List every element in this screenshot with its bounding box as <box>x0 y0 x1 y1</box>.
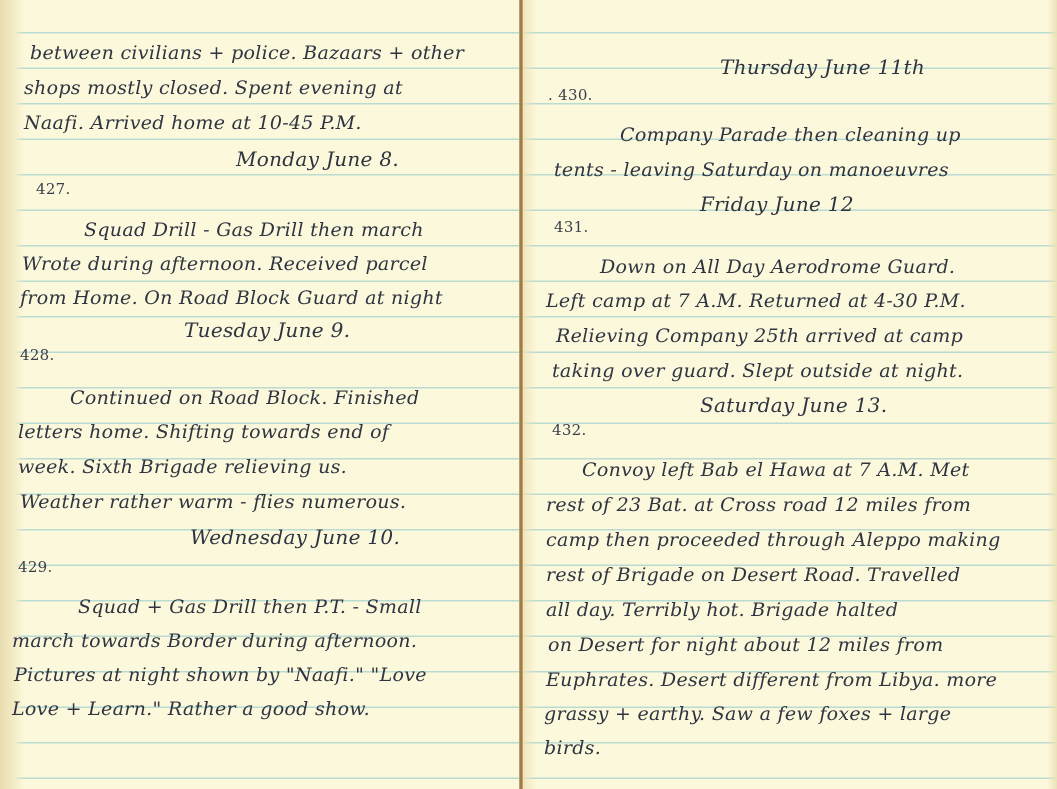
entry-date: Tuesday June 9. <box>184 318 350 342</box>
entry-number: 432. <box>552 421 587 439</box>
entry-line: Down on All Day Aerodrome Guard. <box>600 256 955 278</box>
entry-number: 431. <box>554 218 589 236</box>
entry-line: taking over guard. Slept outside at nigh… <box>552 360 963 382</box>
book-spine <box>519 0 523 789</box>
entry-line: Love + Learn." Rather a good show. <box>12 698 370 720</box>
entry-line: Left camp at 7 A.M. Returned at 4-30 P.M… <box>546 290 966 312</box>
entry-line: all day. Terribly hot. Brigade halted <box>546 599 898 621</box>
entry-number: . 430. <box>548 86 593 104</box>
diary-spread: between civilians + police. Bazaars + ot… <box>0 0 1057 789</box>
entry-line: Euphrates. Desert different from Libya. … <box>546 669 997 691</box>
entry-line: Pictures at night shown by "Naafi." "Lov… <box>14 664 427 686</box>
entry-line: Continued on Road Block. Finished <box>70 387 419 409</box>
entry-line: from Home. On Road Block Guard at night <box>20 287 443 309</box>
entry-line: Relieving Company 25th arrived at camp <box>556 325 963 347</box>
entry-number: 429. <box>18 558 53 576</box>
continuation-line: shops mostly closed. Spent evening at <box>24 77 403 99</box>
entry-number: 428. <box>20 346 55 364</box>
entry-line: week. Sixth Brigade relieving us. <box>18 456 347 478</box>
left-page: between civilians + police. Bazaars + ot… <box>0 0 520 789</box>
entry-line: Weather rather warm - flies numerous. <box>20 491 406 513</box>
entry-line: rest of Brigade on Desert Road. Travelle… <box>546 564 961 586</box>
entry-date: Thursday June 11th <box>720 55 925 79</box>
entry-line: grassy + earthy. Saw a few foxes + large <box>544 703 951 725</box>
entry-date: Monday June 8. <box>236 147 399 171</box>
right-page: Thursday June 11th . 430. Company Parade… <box>520 0 1057 789</box>
entry-line: tents - leaving Saturday on manoeuvres <box>554 159 949 181</box>
entry-line: letters home. Shifting towards end of <box>18 421 389 443</box>
entry-line: birds. <box>544 737 601 759</box>
entry-number: 427. <box>36 180 71 198</box>
entry-line: Squad Drill - Gas Drill then march <box>84 219 424 241</box>
entry-line: camp then proceeded through Aleppo makin… <box>546 529 1001 551</box>
entry-line: Convoy left Bab el Hawa at 7 A.M. Met <box>582 459 969 481</box>
continuation-line: Naafi. Arrived home at 10-45 P.M. <box>24 112 362 134</box>
entry-line: on Desert for night about 12 miles from <box>548 634 943 656</box>
entry-line: rest of 23 Bat. at Cross road 12 miles f… <box>546 494 971 516</box>
entry-line: Squad + Gas Drill then P.T. - Small <box>78 596 422 618</box>
entry-line: Company Parade then cleaning up <box>620 124 961 146</box>
entry-line: Wrote during afternoon. Received parcel <box>22 253 428 275</box>
continuation-line: between civilians + police. Bazaars + ot… <box>30 42 464 64</box>
entry-line: march towards Border during afternoon. <box>12 630 417 652</box>
entry-date: Saturday June 13. <box>700 393 887 417</box>
entry-date: Wednesday June 10. <box>190 525 400 549</box>
entry-date: Friday June 12 <box>700 192 854 216</box>
